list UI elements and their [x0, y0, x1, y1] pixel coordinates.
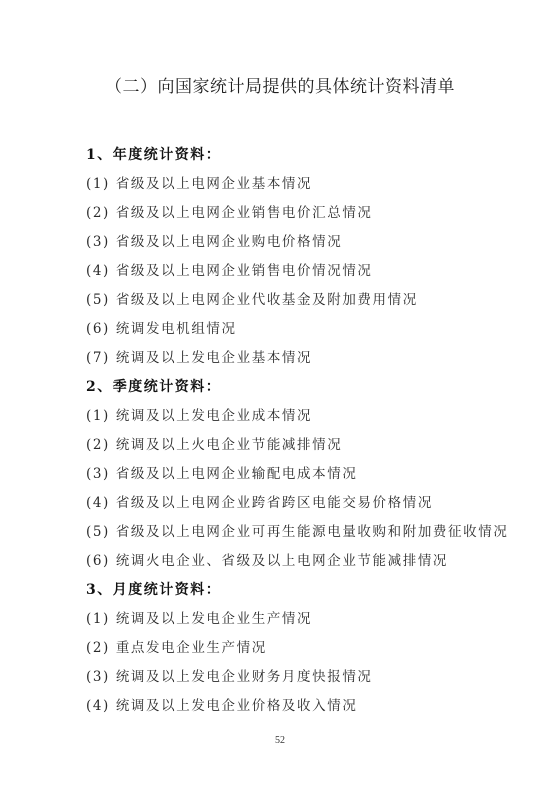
list-item: (3) 统调及以上发电企业财务月度快报情况 — [86, 667, 508, 696]
document-title: （二）向国家统计局提供的具体统计资料清单 — [0, 72, 560, 97]
section-heading-monthly: 3、月度统计资料： — [86, 580, 508, 609]
section-heading-quarterly: 2、季度统计资料： — [86, 377, 508, 406]
list-item: (5) 省级及以上电网企业代收基金及附加费用情况 — [86, 290, 508, 319]
list-item: (4) 省级及以上电网企业销售电价情况情况 — [86, 261, 508, 290]
page-number: 52 — [0, 735, 560, 746]
section-heading-annual: 1、年度统计资料： — [86, 145, 508, 174]
list-item: (3) 省级及以上电网企业输配电成本情况 — [86, 464, 508, 493]
list-item: (1) 省级及以上电网企业基本情况 — [86, 174, 508, 203]
list-item: (4) 省级及以上电网企业跨省跨区电能交易价格情况 — [86, 493, 508, 522]
list-item: (1) 统调及以上发电企业成本情况 — [86, 406, 508, 435]
list-item: (5) 省级及以上电网企业可再生能源电量收购和附加费征收情况 — [86, 522, 508, 551]
list-item: (1) 统调及以上发电企业生产情况 — [86, 609, 508, 638]
list-item: (2) 省级及以上电网企业销售电价汇总情况 — [86, 203, 508, 232]
statistics-list: 1、年度统计资料： (1) 省级及以上电网企业基本情况 (2) 省级及以上电网企… — [86, 145, 508, 725]
list-item: (3) 省级及以上电网企业购电价格情况 — [86, 232, 508, 261]
list-item: (7) 统调及以上发电企业基本情况 — [86, 348, 508, 377]
list-item: (6) 统调火电企业、省级及以上电网企业节能减排情况 — [86, 551, 508, 580]
list-item: (2) 统调及以上火电企业节能减排情况 — [86, 435, 508, 464]
list-item: (2) 重点发电企业生产情况 — [86, 638, 508, 667]
list-item: (6) 统调发电机组情况 — [86, 319, 508, 348]
list-item: (4) 统调及以上发电企业价格及收入情况 — [86, 696, 508, 725]
